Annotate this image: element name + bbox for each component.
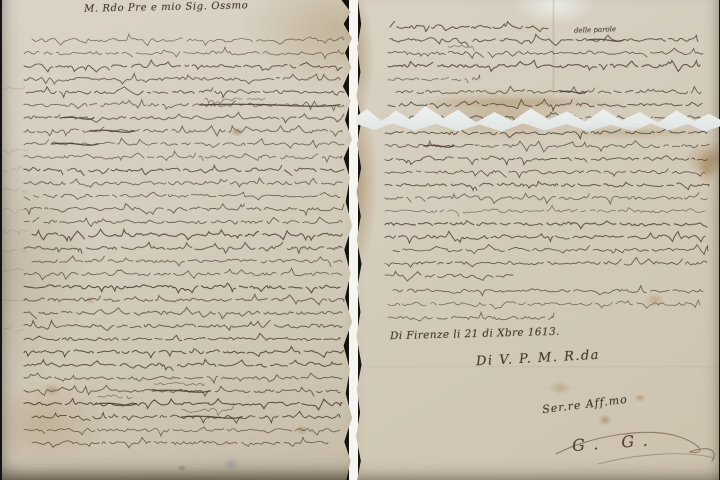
page-divider bbox=[349, 0, 358, 480]
letter-page-right bbox=[355, 0, 719, 480]
letter-photograph: M. Rdo Pre e mio Sig. Ossmo delle parole… bbox=[0, 0, 720, 480]
letter-page-left bbox=[2, 0, 352, 480]
interlinear-insertion: delle parole bbox=[574, 25, 616, 34]
